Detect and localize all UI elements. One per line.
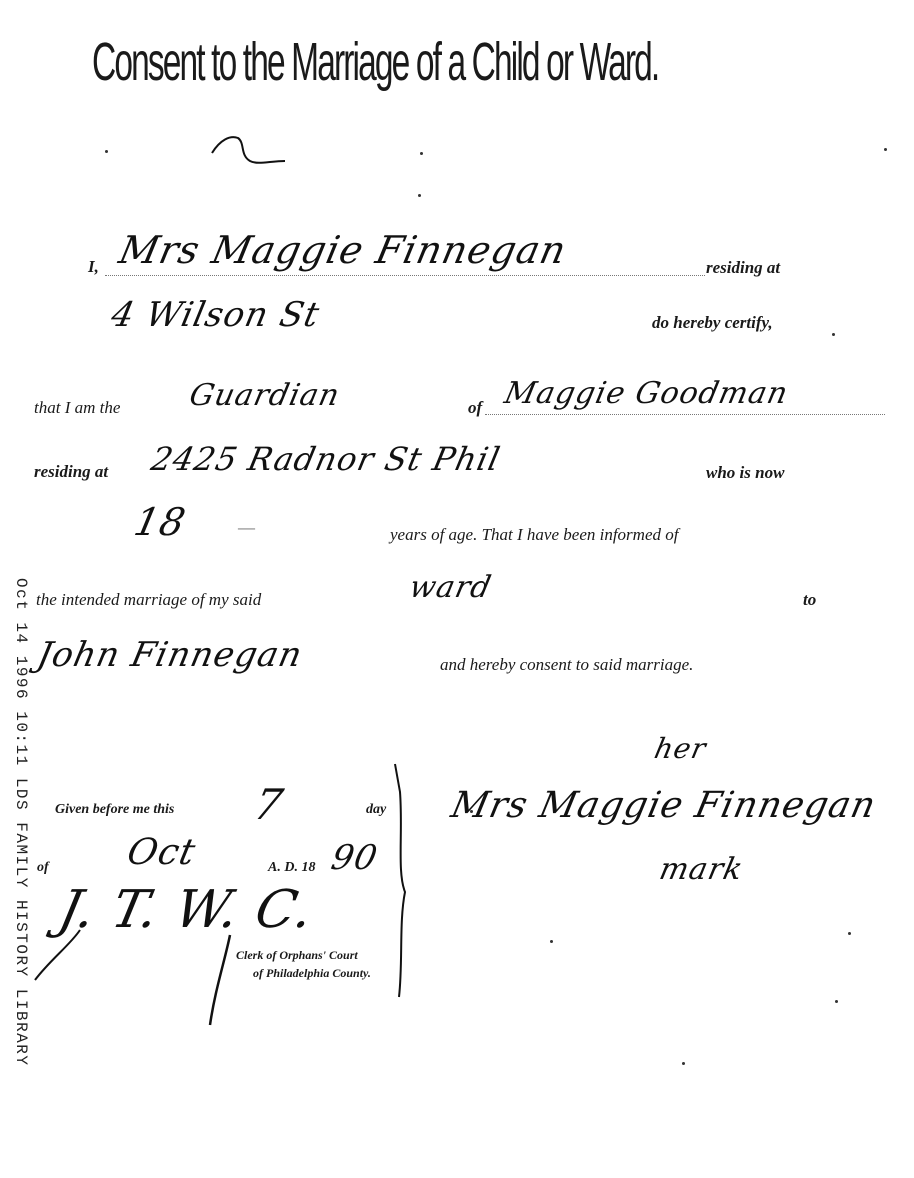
handwritten-address-1: 4 Wilson St: [108, 295, 324, 335]
handwritten-signature-suffix: mark: [656, 852, 746, 887]
scan-speck: [832, 333, 835, 336]
dash-mark: —: [238, 518, 255, 538]
label-consent: and hereby consent to said marriage.: [440, 655, 693, 675]
label-clerk-line2: of Philadelphia County.: [253, 966, 371, 981]
label-residing-at-1: residing at: [706, 258, 780, 278]
bracket-line: [385, 762, 415, 1002]
scan-speck: [420, 152, 423, 155]
label-residing-at-2: residing at: [34, 462, 108, 482]
label-i: I,: [88, 257, 99, 277]
fill-line-child: [485, 414, 885, 415]
label-that-i-am: that I am the: [34, 398, 120, 418]
label-intended-marriage: the intended marriage of my said: [36, 590, 261, 610]
handwritten-month: Oct: [124, 832, 200, 873]
scan-speck: [848, 932, 851, 935]
label-of-month: of: [37, 860, 49, 876]
handwritten-child-name: Maggie Goodman: [501, 376, 791, 411]
scan-speck: [682, 1062, 685, 1065]
handwritten-consenting-party: Mrs Maggie Finnegan: [115, 228, 570, 272]
scan-speck: [884, 148, 887, 151]
handwritten-year-suffix: 90: [328, 838, 382, 878]
handwritten-signature-prefix: her: [651, 732, 709, 765]
scan-speck: [105, 150, 108, 153]
label-of: of: [468, 398, 482, 418]
handwritten-relationship: Guardian: [186, 378, 343, 413]
scan-speck: [418, 194, 421, 197]
document-title: Consent to the Marriage of a Child or Wa…: [92, 22, 514, 102]
scan-speck: [835, 1000, 838, 1003]
label-to: to: [803, 590, 816, 610]
archive-stamp: Oct 14 1996 10:11 LDS FAMILY HISTORY LIB…: [2, 578, 30, 1066]
label-ad: A. D. 18: [268, 860, 315, 876]
scan-speck: [550, 940, 553, 943]
scan-speck: [470, 810, 473, 813]
label-clerk-line1: Clerk of Orphans' Court: [236, 948, 358, 963]
label-who-is-now: who is now: [706, 463, 784, 483]
stray-ink-mark: [210, 135, 300, 175]
label-years-of-age: years of age. That I have been informed …: [390, 525, 678, 545]
handwritten-age: 18: [130, 500, 190, 544]
handwritten-signature: Mrs Maggie Finnegan: [448, 785, 880, 826]
handwritten-ward-label: ward: [406, 570, 495, 605]
label-given-before: Given before me this: [55, 802, 174, 818]
handwritten-address-2: 2425 Radnor St Phil: [148, 440, 504, 478]
handwritten-intended-spouse: John Finnegan: [34, 635, 307, 675]
label-certify: do hereby certify,: [652, 313, 773, 333]
fill-line-name: [105, 275, 705, 276]
handwritten-day-number: 7: [250, 780, 288, 829]
label-day: day: [366, 802, 386, 818]
clerk-signature-flourish: [30, 920, 250, 1030]
